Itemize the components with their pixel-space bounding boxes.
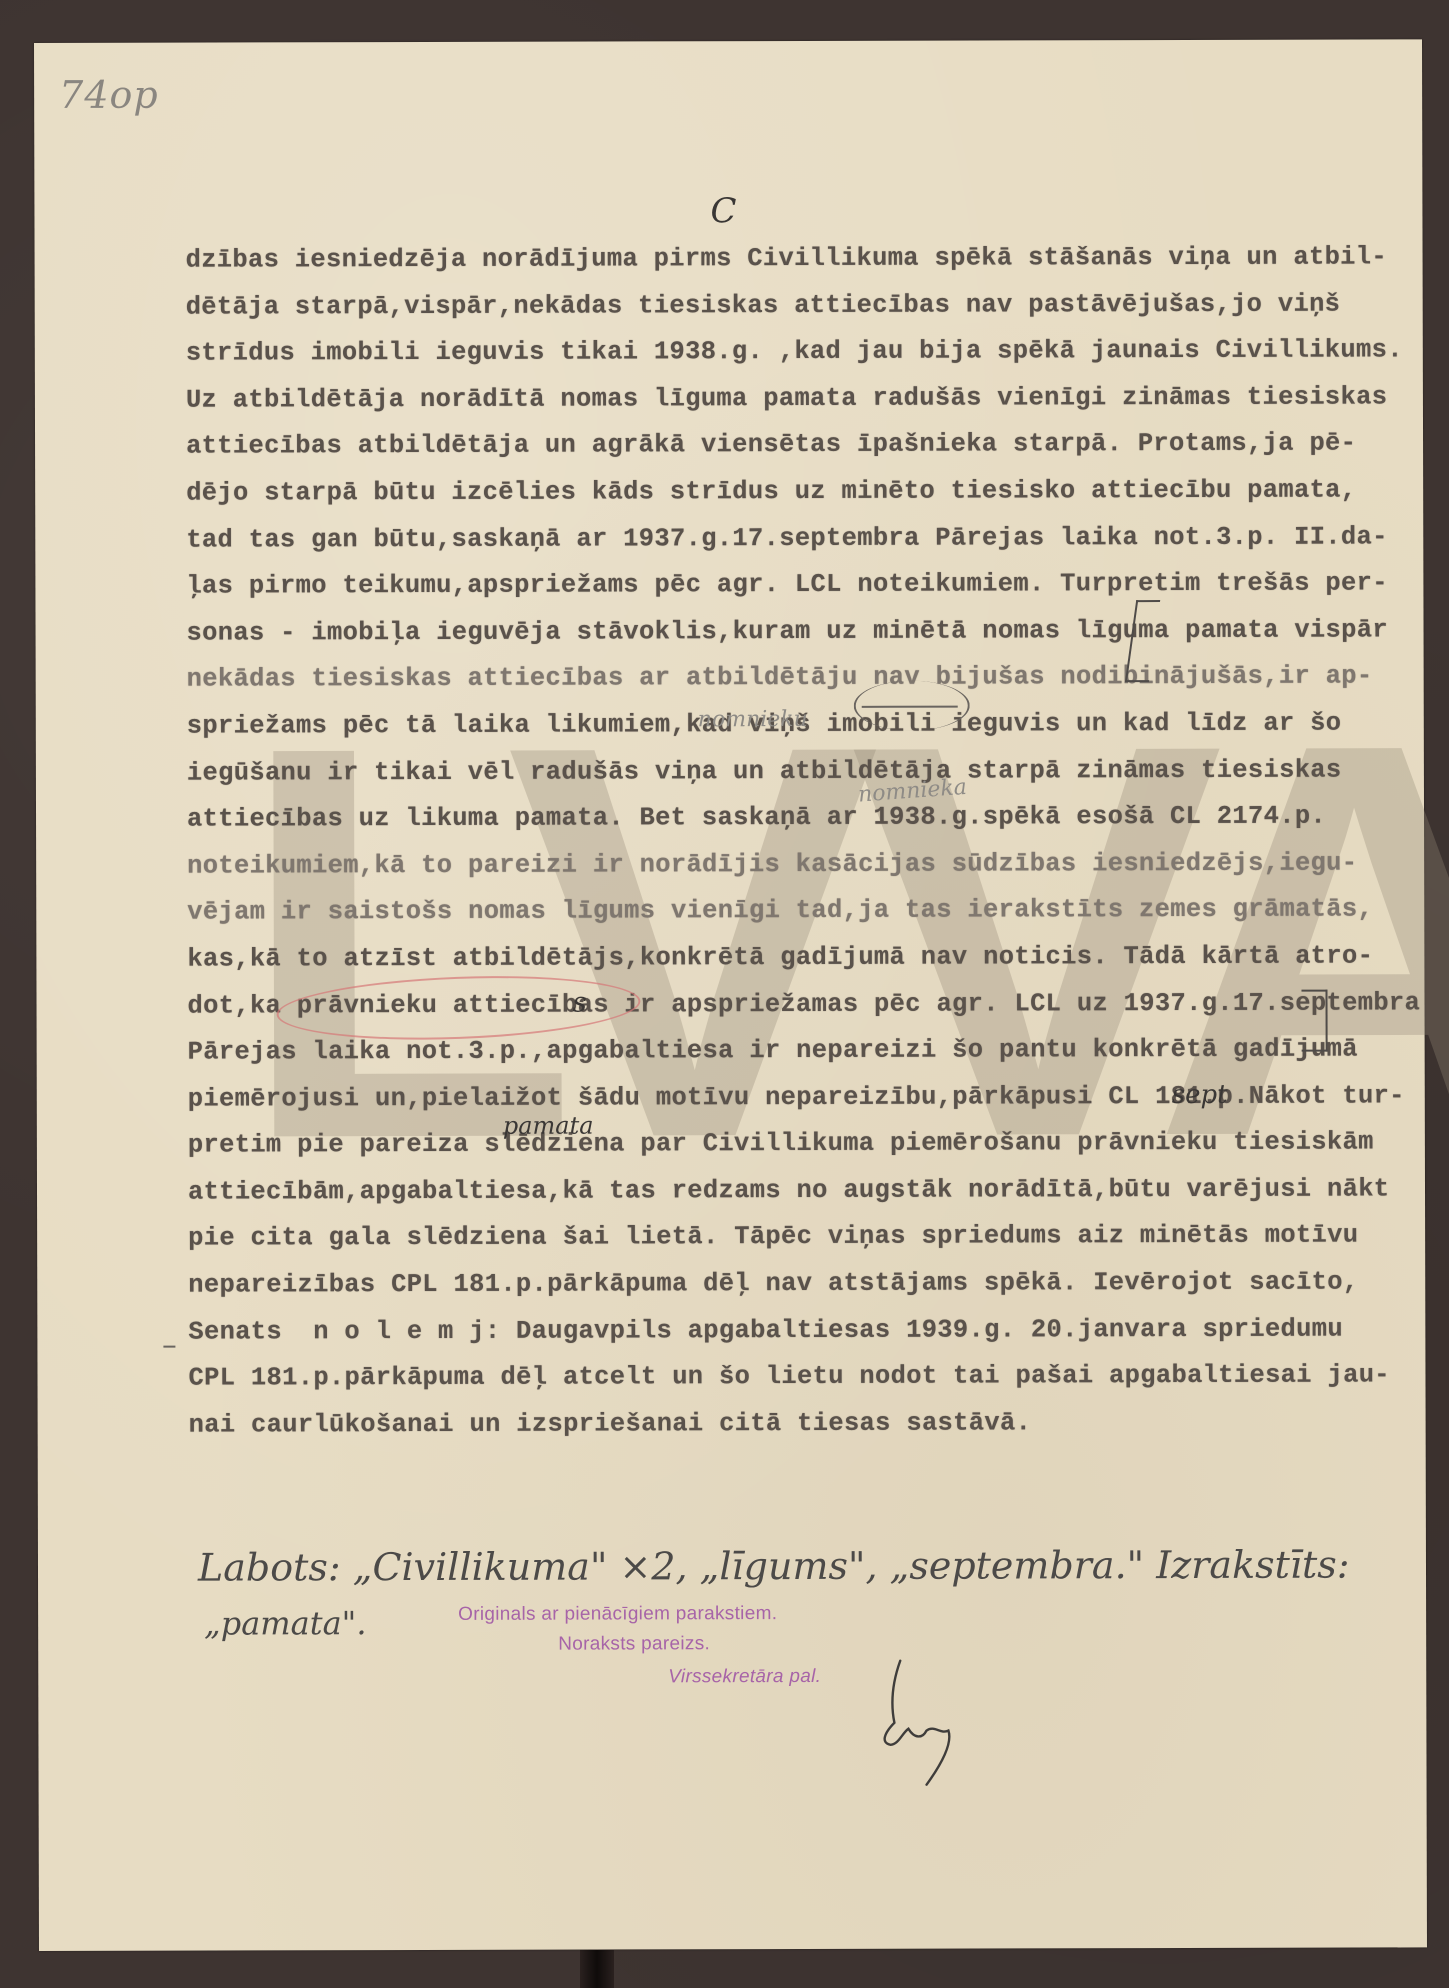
insert-pamata-mark: pamata	[503, 1112, 594, 1140]
document-page: 74op LVVA dzības iesniedzēja norādījuma …	[34, 39, 1427, 1951]
margin-dash-mark	[163, 1346, 175, 1348]
typed-line: ļas pirmo teikumu,apspriežams pēc agr. L…	[186, 561, 1386, 611]
typed-line: kas,kā to atzīst atbildētājs,konkrētā ga…	[187, 933, 1387, 983]
correction-note-line-2: „pamata".	[204, 1604, 366, 1642]
typed-line: noteikumiem,kā to pareizi ir norādījis k…	[187, 840, 1387, 890]
typed-line: Senats n o l e m j: Daugavpils apgabalti…	[188, 1306, 1388, 1356]
typed-line: Uz atbildētāja norādītā nomas līguma pam…	[186, 374, 1386, 424]
typed-line: dējo starpā būtu izcēlies kāds strīdus u…	[186, 467, 1386, 517]
correction-c-mark: C	[710, 191, 736, 231]
binding-strap	[580, 1950, 614, 1988]
typed-line: dētāja starpā,vispār,nekādas tiesiskas a…	[186, 281, 1386, 331]
strikethrough-mark	[862, 706, 958, 708]
typed-line: nepareizības CPL 181.p.pārkāpuma dēļ nav…	[188, 1260, 1388, 1310]
typed-line: CPL 181.p.pārkāpuma dēļ atcelt un šo lie…	[188, 1353, 1388, 1403]
stamp-line-1: Originals ar pienācīgiem parakstiem.	[458, 1603, 777, 1626]
typed-body: dzības iesniedzēja norādījuma pirms Civi…	[186, 234, 1389, 1449]
stamp-line-2: Noraksts pareizs.	[558, 1633, 710, 1655]
correction-sept-mark: sept	[1172, 1080, 1228, 1110]
typed-line: dzības iesniedzēja norādījuma pirms Civi…	[186, 234, 1386, 284]
typed-line: strīdus imobili ieguvis tikai 1938.g. ,k…	[186, 328, 1386, 378]
typed-line: attiecībām,apgabaltiesa,kā tas redzams n…	[188, 1166, 1388, 1216]
bracket-mark-right	[1301, 990, 1327, 1052]
typed-line: nekādas tiesiskas attiecības ar atbildēt…	[187, 654, 1387, 704]
typed-line: attiecības uz likuma pamata. Bet saskaņā…	[187, 794, 1387, 844]
typed-line: pretim pie pareiza slēdziena par Civilli…	[188, 1120, 1388, 1170]
stamp-line-3: Virssekretāra pal.	[668, 1666, 821, 1688]
typed-line: iegūšanu ir tikai vēl radušās viņa un at…	[187, 747, 1387, 797]
typed-line: sonas - imobiļa ieguvēja stāvoklis,kuram…	[186, 607, 1386, 657]
archive-page-number: 74op	[59, 73, 159, 117]
correction-s-mark: s	[572, 986, 586, 1019]
typed-line: vējam ir saistošs nomas līgums vienīgi t…	[187, 887, 1387, 937]
correction-note-line-1: Labots: „Civillikuma" ×2, „līgums", „sep…	[198, 1543, 1350, 1590]
typed-line: nai caurlūkošanai un izspriešanai citā t…	[189, 1399, 1389, 1449]
typed-line: pie cita gala slēdziena šai lietā. Tāpēc…	[188, 1213, 1388, 1263]
typed-line: tad tas gan būtu,saskaņā ar 1937.g.17.se…	[186, 514, 1386, 564]
signature-scribble	[878, 1653, 968, 1793]
insert-nomnieku-note: nomnieku	[698, 707, 808, 732]
typed-line: attiecības atbildētāja un agrākā viensēt…	[186, 421, 1386, 471]
